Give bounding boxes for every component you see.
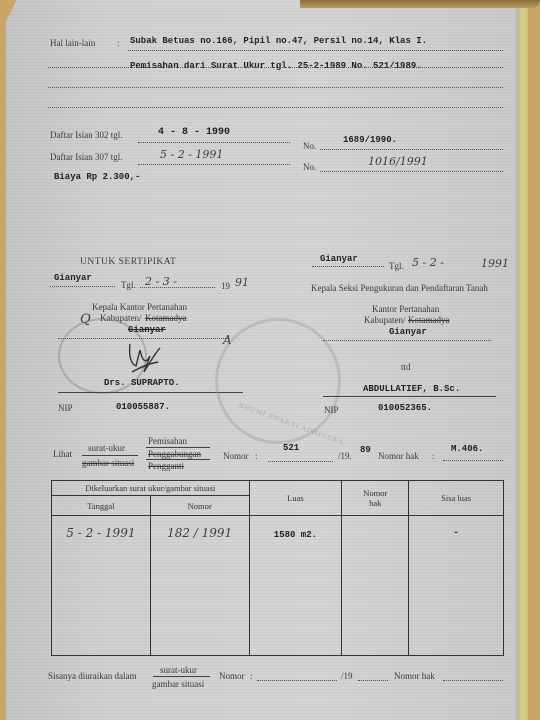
cell-luas: 1580 m2.	[250, 530, 342, 540]
page-edge	[516, 0, 528, 720]
left-name: Drs. SUPRAPTO.	[104, 378, 180, 388]
right-date: 5 - 2 -	[412, 256, 444, 269]
footer-colon: :	[250, 671, 253, 681]
dotted-line	[323, 340, 491, 341]
cell-tanggal: 5 - 2 - 1991	[52, 526, 150, 540]
fraction-line	[146, 447, 210, 448]
ttd-label: ttd	[401, 362, 411, 372]
signature-suprapto	[122, 338, 167, 378]
right-year: 1991	[481, 257, 509, 270]
dotted-line	[268, 461, 333, 462]
header-luas: Luas	[249, 481, 342, 516]
hal-colon: :	[117, 38, 120, 48]
surat-ukur-table: Dikeluarkan surat ukur/gambar situasi Lu…	[51, 480, 504, 656]
dotted-line	[138, 164, 290, 165]
right-title-2: Kantor Pertanahan	[372, 304, 439, 314]
dotted-line	[48, 67, 503, 68]
lihat-gambar-situasi: gambar situasi	[82, 458, 134, 468]
hal-lain-lain-label: Hal lain-lain	[50, 38, 95, 48]
left-title-1: Kepala Kantor Pertanahan	[92, 302, 187, 312]
left-nip-label: NIP	[58, 403, 73, 413]
lihat-penggabungan: Penggabungan	[148, 449, 201, 459]
biaya: Biaya Rp 2.300,-	[54, 172, 140, 182]
lihat-nomor-hak-label: Nomor hak	[378, 451, 419, 461]
right-tgl-label: Tgl.	[389, 261, 404, 271]
dotted-line	[443, 460, 503, 461]
header-sisa-luas: Sisa luas	[409, 481, 504, 516]
untuk-sertipikat-heading: UNTUK SERTIPIKAT	[80, 257, 176, 267]
footer-surat-ukur: surat-ukur	[160, 665, 197, 675]
signature-line	[323, 396, 496, 397]
daftar-302-date: 4 - 8 - 1990	[158, 127, 230, 138]
lihat-label: Lihat	[53, 449, 72, 459]
left-year-prefix: 19	[221, 281, 230, 291]
dotted-line	[140, 287, 215, 288]
background-desk	[300, 0, 540, 8]
dotted-line	[320, 149, 503, 150]
dotted-line	[50, 286, 115, 287]
header-tanggal: Tanggal	[52, 496, 151, 516]
daftar-307-no: 1016/1991	[368, 155, 428, 168]
left-title-kotamadya: Kotamadya	[145, 313, 186, 323]
dotted-line	[128, 50, 503, 51]
footer-label: Sisanya diuraikan dalam	[48, 671, 136, 681]
footer-year-prefix: /19	[341, 671, 353, 681]
daftar-302-label: Daftar Isian 302 tgl.	[50, 130, 122, 140]
right-region: Gianyar	[389, 327, 427, 337]
left-nip: 010055887.	[116, 402, 170, 412]
cell-nomor: 182 / 1991	[151, 526, 249, 540]
fraction-line	[153, 676, 210, 677]
right-title-1: Kepala Seksi Pengukuran dan Pendaftaran …	[311, 283, 488, 293]
header-nomor: Nomor	[150, 496, 249, 516]
right-title-kabupaten: Kabupaten/	[364, 315, 405, 325]
lihat-nomor: 521	[283, 443, 299, 453]
dotted-line	[48, 87, 503, 88]
lihat-nomor-hak: M.406.	[451, 444, 483, 454]
hal-line-1: Subak Betuas no.166, Pipil no.47, Persil…	[130, 36, 427, 46]
daftar-302-no: 1689/1990.	[343, 135, 397, 145]
lihat-surat-ukur: surat-ukur	[88, 443, 125, 453]
left-place: Gianyar	[54, 273, 92, 283]
footer-gambar-situasi: gambar situasi	[152, 679, 204, 689]
lihat-pemisahan: Pemisahan	[148, 436, 187, 446]
footer-nomor-hak-label: Nomor hak	[394, 671, 435, 681]
lihat-year: 89	[360, 445, 371, 455]
right-place: Gianyar	[320, 254, 358, 264]
header-nomor-hak: Nomor hak	[342, 481, 409, 516]
daftar-307-no-label: No.	[303, 162, 316, 172]
fraction-line	[82, 455, 138, 456]
lihat-nomor-label: Nomor	[223, 451, 249, 461]
right-name: ABDULLATIEF, B.Sc.	[363, 384, 460, 394]
cell-sisa-luas: -	[409, 528, 503, 538]
right-nip: 010052365.	[378, 403, 432, 413]
daftar-302-no-label: No.	[303, 141, 316, 151]
dotted-line	[443, 680, 503, 681]
footer-nomor-label: Nomor	[219, 671, 245, 681]
right-nip-label: NIP	[324, 405, 339, 415]
lihat-year-prefix: /19.	[338, 451, 352, 461]
left-year: 91	[235, 276, 249, 289]
lihat-pengganti: Pengganti	[148, 461, 184, 471]
lihat-colon: :	[255, 451, 258, 461]
dotted-line	[138, 142, 290, 143]
fraction-line	[146, 459, 210, 460]
table-group-header: Dikeluarkan surat ukur/gambar situasi	[52, 481, 250, 496]
right-title-kotamadya: Kotamadya	[408, 315, 449, 325]
left-tgl-label: Tgl.	[121, 280, 136, 290]
seal-watermark	[215, 318, 341, 444]
table-row: 5 - 2 - 1991 182 / 1991 1580 m2. -	[52, 516, 504, 656]
dotted-line	[48, 107, 503, 108]
dotted-line	[257, 680, 337, 681]
dotted-line	[312, 266, 384, 267]
daftar-307-date: 5 - 2 - 1991	[160, 148, 223, 161]
daftar-307-label: Daftar Isian 307 tgl.	[50, 152, 122, 162]
lihat-hak-colon: :	[432, 451, 435, 461]
hal-line-2: Pemisahan dari Surat Ukur tgl. 25-2-1989…	[130, 61, 422, 71]
dotted-line	[358, 680, 388, 681]
dotted-line	[320, 171, 503, 172]
